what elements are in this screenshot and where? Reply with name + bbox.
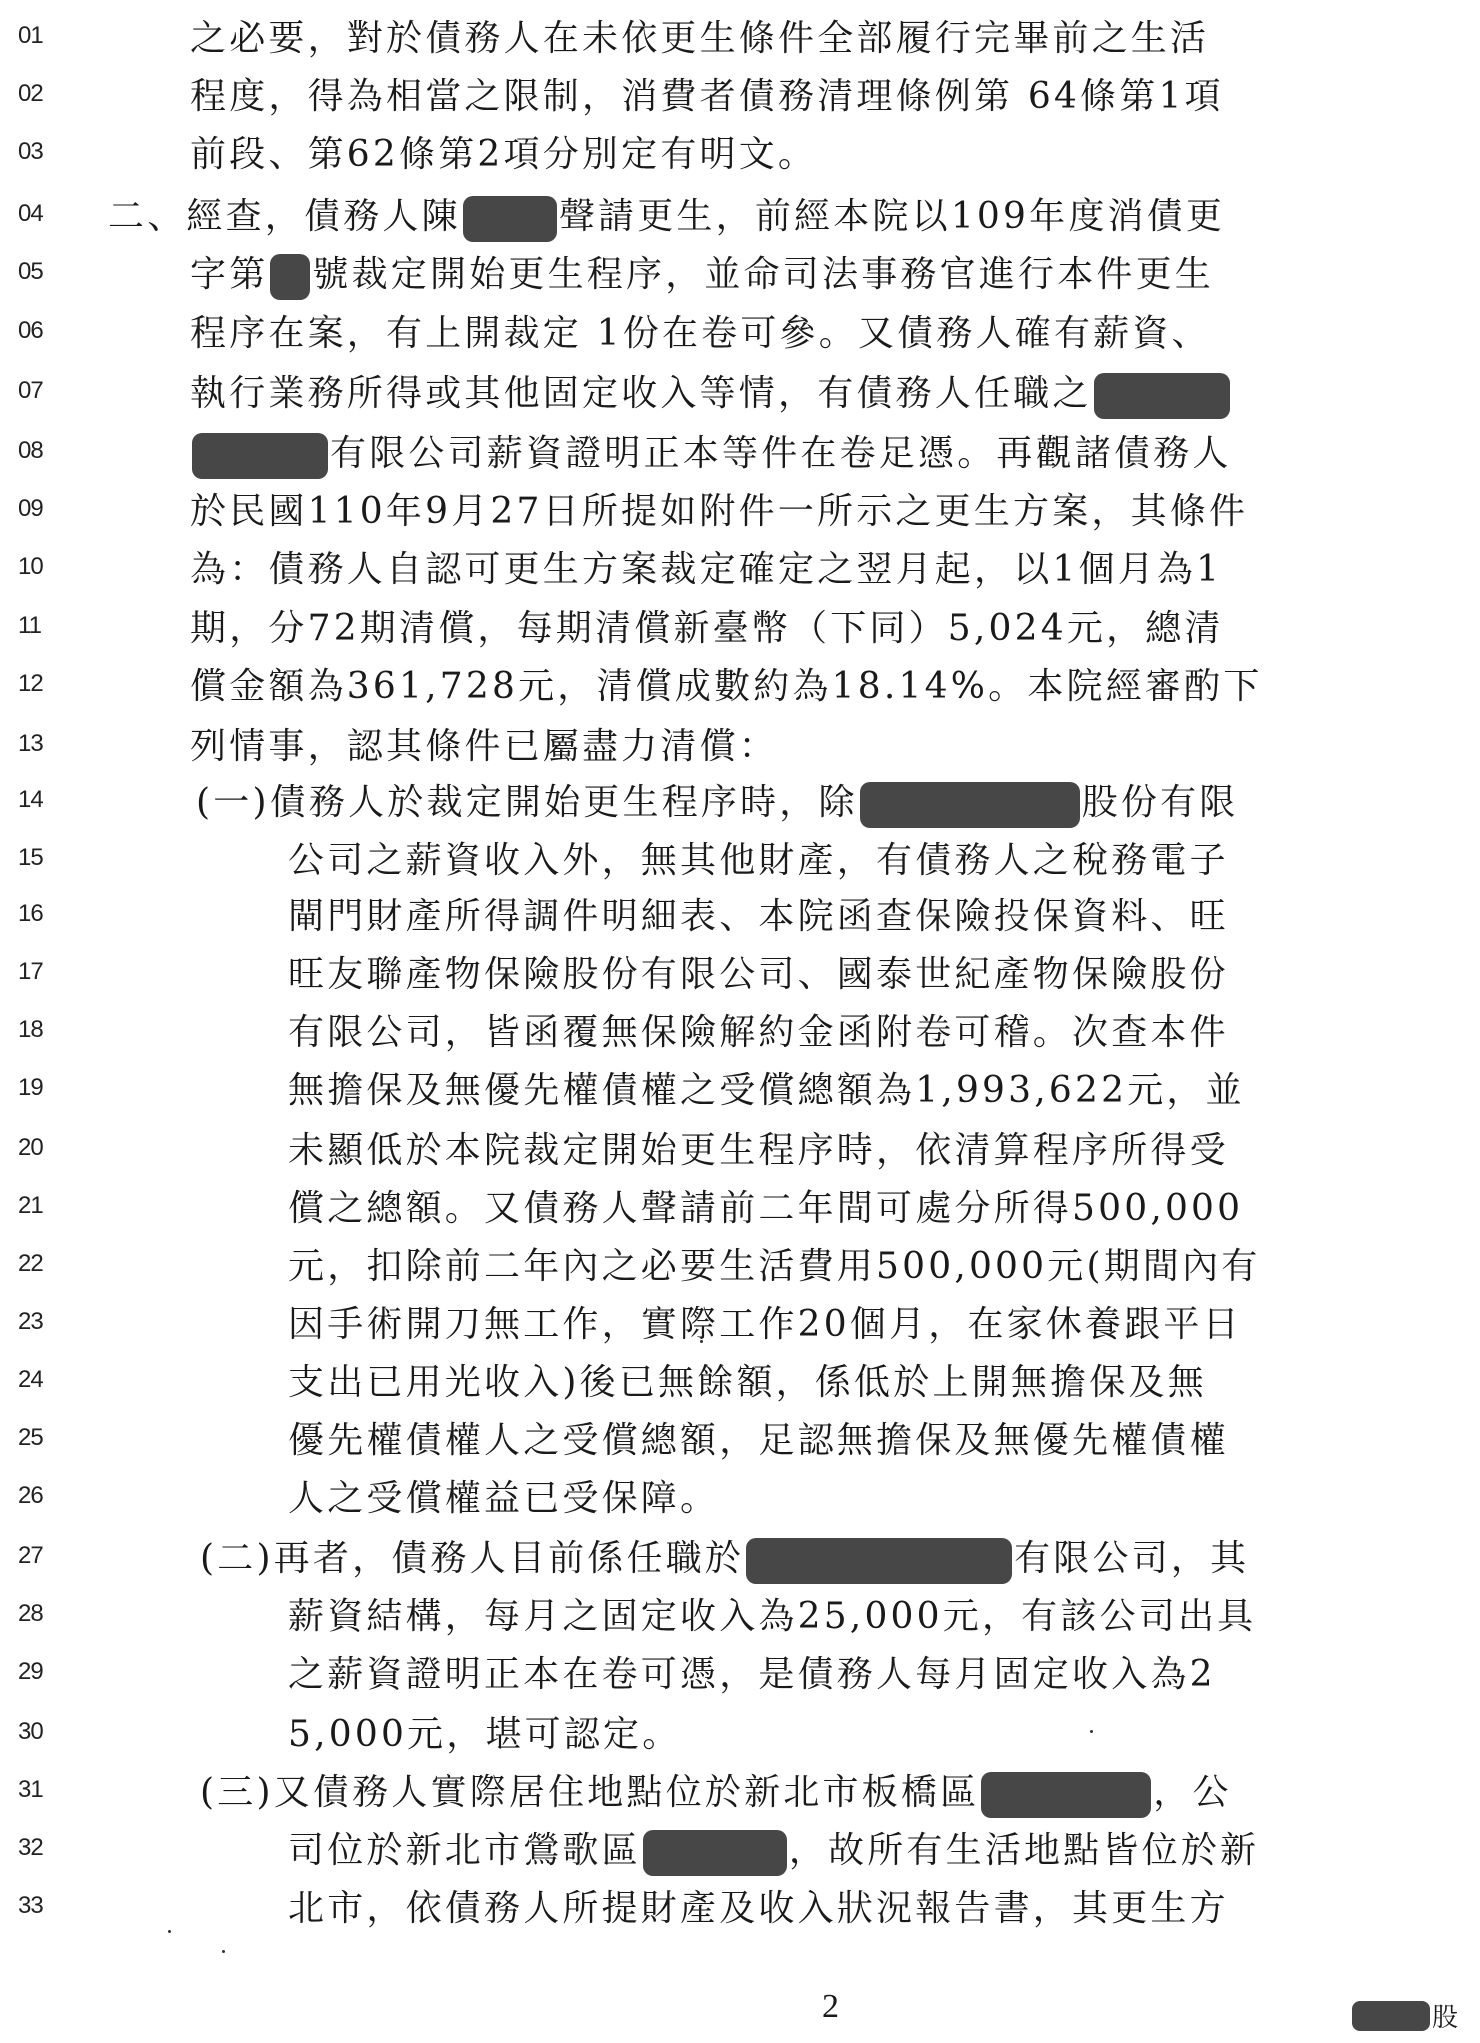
line-text: 人之受償權益已受保障。 <box>288 1470 719 1528</box>
line-text: 期，分72期清償，每期清償新臺幣（下同）5,024元，總清 <box>190 600 1224 658</box>
line-text: 為：債務人自認可更生方案裁定確定之翌月起，以1個月為1 <box>190 541 1222 599</box>
line-number: 26 <box>18 1482 43 1510</box>
footer-suffix: 股 <box>1432 1997 1458 2034</box>
line-text: 5,000元，堪可認定。 <box>288 1706 681 1764</box>
line-number: 11 <box>18 612 41 640</box>
text-line: 24支出已用光收入)後已無餘額，係低於上開無擔保及無 <box>0 1354 1480 1412</box>
text-segment: 有限公司薪資證明正本等件在卷足憑。再觀諸債務人 <box>330 433 1232 474</box>
text-line: 14(一)債務人於裁定開始更生程序時，除股份有限 <box>0 774 1480 832</box>
text-line: 33北市，依債務人所提財產及收入狀況報告書，其更生方 <box>0 1880 1480 1938</box>
line-number: 32 <box>18 1834 43 1862</box>
text-line: 16閘門財產所得調件明細表、本院函查保險投保資料、旺 <box>0 888 1480 946</box>
text-line: 03前段、第62條第2項分別定有明文。 <box>0 126 1480 184</box>
line-text: 之必要，對於債務人在未依更生條件全部履行完畢前之生活 <box>190 10 1209 68</box>
line-number: 14 <box>18 786 43 814</box>
line-text: 償之總額。又債務人聲請前二年間可處分所得500,000 <box>288 1180 1243 1238</box>
redaction-block <box>270 254 310 300</box>
line-text: 因手術開刀無工作，實際工作20個月，在家休養跟平日 <box>288 1296 1242 1354</box>
text-line: 06程序在案，有上開裁定 1份在卷可參。又債務人確有薪資、 <box>0 305 1480 363</box>
line-text: 支出已用光收入)後已無餘額，係低於上開無擔保及無 <box>288 1354 1207 1412</box>
text-line: 12償金額為361,728元，清償成數約為18.14%。本院經審酌下 <box>0 658 1480 716</box>
line-number: 22 <box>18 1250 43 1278</box>
redaction-block <box>860 782 1080 828</box>
line-number: 30 <box>18 1718 43 1746</box>
text-segment: (一)債務人於裁定開始更生程序時，除 <box>196 782 858 823</box>
redaction-block <box>463 196 557 242</box>
line-text: 薪資結構，每月之固定收入為25,000元，有該公司出具 <box>288 1588 1256 1646</box>
line-number: 25 <box>18 1424 43 1452</box>
line-text: 有限公司，皆函覆無保險解約金函附卷可稽。次查本件 <box>288 1004 1229 1062</box>
line-number: 31 <box>18 1776 43 1804</box>
line-number: 24 <box>18 1366 43 1394</box>
text-line: 305,000元，堪可認定。 <box>0 1706 1480 1764</box>
text-segment: 二、經查，債務人陳 <box>108 196 461 237</box>
line-text: 列情事，認其條件已屬盡力清償： <box>190 718 778 776</box>
line-number: 19 <box>18 1074 43 1102</box>
redaction-block <box>643 1830 787 1876</box>
redaction-block <box>981 1772 1151 1818</box>
line-text: 執行業務所得或其他固定收入等情，有債務人任職之 <box>190 365 1232 423</box>
text-segment: 旺友聯產物保險股份有限公司、國泰世紀產物保險股份 <box>288 954 1229 995</box>
text-segment: (二)再者，債務人目前係任職於 <box>200 1538 744 1579</box>
text-segment: 公司之薪資收入外，無其他財產，有債務人之稅務電子 <box>288 840 1229 881</box>
footer-division-tag: 股 <box>1350 1997 1458 2034</box>
line-text: 未顯低於本院裁定開始更生程序時，依清算程序所得受 <box>288 1122 1229 1180</box>
line-number: 03 <box>18 138 43 166</box>
line-text: (一)債務人於裁定開始更生程序時，除股份有限 <box>196 774 1239 832</box>
text-line: 02程度，得為相當之限制，消費者債務清理條例第 64條第1項 <box>0 68 1480 126</box>
line-number: 12 <box>18 670 43 698</box>
line-text: (二)再者，債務人目前係任職於有限公司，其 <box>200 1530 1249 1588</box>
line-text: 有限公司薪資證明正本等件在卷足憑。再觀諸債務人 <box>190 425 1232 483</box>
line-number: 23 <box>18 1308 43 1336</box>
text-segment: 字第 <box>190 254 268 295</box>
line-number: 21 <box>18 1192 43 1220</box>
text-segment: 列情事，認其條件已屬盡力清償： <box>190 726 778 767</box>
line-text: 程序在案，有上開裁定 1份在卷可參。又債務人確有薪資、 <box>190 305 1211 363</box>
text-line: 28薪資結構，每月之固定收入為25,000元，有該公司出具 <box>0 1588 1480 1646</box>
text-line: 13列情事，認其條件已屬盡力清償： <box>0 718 1480 776</box>
text-segment: 之必要，對於債務人在未依更生條件全部履行完畢前之生活 <box>190 18 1209 59</box>
text-segment: 程序在案，有上開裁定 1份在卷可參。又債務人確有薪資、 <box>190 313 1211 354</box>
text-segment: 股份有限 <box>1082 782 1239 823</box>
text-segment: 人之受償權益已受保障。 <box>288 1478 719 1519</box>
line-number: 05 <box>18 258 43 286</box>
line-number: 27 <box>18 1542 43 1570</box>
text-segment: 北市，依債務人所提財產及收入狀況報告書，其更生方 <box>288 1888 1229 1929</box>
text-segment: ，故所有生活地點皆位於新 <box>789 1830 1259 1871</box>
line-number: 10 <box>18 553 43 581</box>
line-text: 北市，依債務人所提財產及收入狀況報告書，其更生方 <box>288 1880 1229 1938</box>
line-number: 01 <box>18 22 43 50</box>
line-number: 04 <box>18 200 43 228</box>
line-number: 18 <box>18 1016 43 1044</box>
line-text: 之薪資證明正本在卷可憑，是債務人每月固定收入為2 <box>288 1646 1216 1704</box>
line-number: 28 <box>18 1600 43 1628</box>
text-line: 15公司之薪資收入外，無其他財產，有債務人之稅務電子 <box>0 832 1480 890</box>
line-text: 字第號裁定開始更生程序，並命司法事務官進行本件更生 <box>190 246 1214 304</box>
line-number: 33 <box>18 1892 43 1920</box>
text-segment: 期，分72期清償，每期清償新臺幣（下同）5,024元，總清 <box>190 608 1224 649</box>
line-text: 閘門財產所得調件明細表、本院函查保險投保資料、旺 <box>288 888 1229 946</box>
line-number: 02 <box>18 80 43 108</box>
text-line: 27(二)再者，債務人目前係任職於有限公司，其 <box>0 1530 1480 1588</box>
text-segment: 號裁定開始更生程序，並命司法事務官進行本件更生 <box>312 254 1214 295</box>
text-line: 05字第號裁定開始更生程序，並命司法事務官進行本件更生 <box>0 246 1480 304</box>
text-segment: 司位於新北市鶯歌區 <box>288 1830 641 1871</box>
text-segment: 薪資結構，每月之固定收入為25,000元，有該公司出具 <box>288 1596 1256 1637</box>
text-segment: 有限公司，皆函覆無保險解約金函附卷可稽。次查本件 <box>288 1012 1229 1053</box>
redaction-block <box>746 1538 1012 1584</box>
text-segment: 於民國110年9月27日所提如附件一所示之更生方案，其條件 <box>190 491 1248 532</box>
line-text: 二、經查，債務人陳聲請更生，前經本院以109年度消債更 <box>108 188 1225 246</box>
text-segment: 5,000元，堪可認定。 <box>288 1714 681 1755</box>
line-text: 元，扣除前二年內之必要生活費用500,000元(期間內有 <box>288 1238 1261 1296</box>
text-segment: 償金額為361,728元，清償成數約為18.14%。本院經審酌下 <box>190 666 1263 707</box>
text-line: 08有限公司薪資證明正本等件在卷足憑。再觀諸債務人 <box>0 425 1480 483</box>
text-segment: 因手術開刀無工作，實際工作20個月，在家休養跟平日 <box>288 1304 1242 1345</box>
text-line: 01之必要，對於債務人在未依更生條件全部履行完畢前之生活 <box>0 10 1480 68</box>
text-line: 07執行業務所得或其他固定收入等情，有債務人任職之 <box>0 365 1480 423</box>
text-line: 09於民國110年9月27日所提如附件一所示之更生方案，其條件 <box>0 483 1480 541</box>
text-segment: 程度，得為相當之限制，消費者債務清理條例第 64條第1項 <box>190 76 1224 117</box>
text-segment: 之薪資證明正本在卷可憑，是債務人每月固定收入為2 <box>288 1654 1216 1695</box>
line-text: 前段、第62條第2項分別定有明文。 <box>190 126 817 184</box>
line-number: 17 <box>18 958 43 986</box>
text-segment: 聲請更生，前經本院以109年度消債更 <box>559 196 1225 237</box>
line-text: 公司之薪資收入外，無其他財產，有債務人之稅務電子 <box>288 832 1229 890</box>
text-segment: 元，扣除前二年內之必要生活費用500,000元(期間內有 <box>288 1246 1261 1287</box>
line-text: 旺友聯產物保險股份有限公司、國泰世紀產物保險股份 <box>288 946 1229 1004</box>
text-line: 11期，分72期清償，每期清償新臺幣（下同）5,024元，總清 <box>0 600 1480 658</box>
line-text: 償金額為361,728元，清償成數約為18.14%。本院經審酌下 <box>190 658 1263 716</box>
line-number: 09 <box>18 495 43 523</box>
text-line: 29之薪資證明正本在卷可憑，是債務人每月固定收入為2 <box>0 1646 1480 1704</box>
line-number: 16 <box>18 900 43 928</box>
line-number: 06 <box>18 317 43 345</box>
text-line: 26人之受償權益已受保障。 <box>0 1470 1480 1528</box>
text-segment: 前段、第62條第2項分別定有明文。 <box>190 134 817 175</box>
text-segment: ，公 <box>1153 1772 1231 1813</box>
text-segment: 無擔保及無優先權債權之受償總額為1,993,622元，並 <box>288 1070 1245 1111</box>
text-segment: 償之總額。又債務人聲請前二年間可處分所得500,000 <box>288 1188 1243 1229</box>
page-number: 2 <box>822 1988 839 2026</box>
line-number: 07 <box>18 377 43 405</box>
text-line: 23因手術開刀無工作，實際工作20個月，在家休養跟平日 <box>0 1296 1480 1354</box>
text-line: 31(三)又債務人實際居住地點位於新北市板橋區，公 <box>0 1764 1480 1822</box>
text-line: 32司位於新北市鶯歌區，故所有生活地點皆位於新 <box>0 1822 1480 1880</box>
text-segment: 為：債務人自認可更生方案裁定確定之翌月起，以1個月為1 <box>190 549 1222 590</box>
text-segment: 支出已用光收入)後已無餘額，係低於上開無擔保及無 <box>288 1362 1207 1403</box>
line-number: 20 <box>18 1134 43 1162</box>
text-line: 25優先權債權人之受償總額，足認無擔保及無優先權債權 <box>0 1412 1480 1470</box>
line-text: 優先權債權人之受償總額，足認無擔保及無優先權債權 <box>288 1412 1229 1470</box>
text-line: 10為：債務人自認可更生方案裁定確定之翌月起，以1個月為1 <box>0 541 1480 599</box>
text-segment: (三)又債務人實際居住地點位於新北市板橋區 <box>200 1772 979 1813</box>
text-segment: 優先權債權人之受償總額，足認無擔保及無優先權債權 <box>288 1420 1229 1461</box>
text-line: 17旺友聯產物保險股份有限公司、國泰世紀產物保險股份 <box>0 946 1480 1004</box>
line-number: 13 <box>18 730 43 758</box>
line-text: 程度，得為相當之限制，消費者債務清理條例第 64條第1項 <box>190 68 1224 126</box>
line-text: (三)又債務人實際居住地點位於新北市板橋區，公 <box>200 1764 1232 1822</box>
line-text: 無擔保及無優先權債權之受償總額為1,993,622元，並 <box>288 1062 1245 1120</box>
redaction-block <box>192 433 328 479</box>
text-segment: 閘門財產所得調件明細表、本院函查保險投保資料、旺 <box>288 896 1229 937</box>
redaction-block <box>1094 373 1230 419</box>
text-line: 22元，扣除前二年內之必要生活費用500,000元(期間內有 <box>0 1238 1480 1296</box>
text-line: 04二、經查，債務人陳聲請更生，前經本院以109年度消債更 <box>0 188 1480 246</box>
line-text: 於民國110年9月27日所提如附件一所示之更生方案，其條件 <box>190 483 1248 541</box>
text-line: 18有限公司，皆函覆無保險解約金函附卷可稽。次查本件 <box>0 1004 1480 1062</box>
line-number: 29 <box>18 1658 43 1686</box>
line-number: 15 <box>18 844 43 872</box>
line-number: 08 <box>18 437 43 465</box>
text-line: 20未顯低於本院裁定開始更生程序時，依清算程序所得受 <box>0 1122 1480 1180</box>
redaction-block <box>1352 2001 1430 2031</box>
text-segment: 有限公司，其 <box>1014 1538 1249 1579</box>
line-text: 司位於新北市鶯歌區，故所有生活地點皆位於新 <box>288 1822 1259 1880</box>
text-line: 21償之總額。又債務人聲請前二年間可處分所得500,000 <box>0 1180 1480 1238</box>
text-line: 19無擔保及無優先權債權之受償總額為1,993,622元，並 <box>0 1062 1480 1120</box>
text-segment: 執行業務所得或其他固定收入等情，有債務人任職之 <box>190 373 1092 414</box>
text-segment: 未顯低於本院裁定開始更生程序時，依清算程序所得受 <box>288 1130 1229 1171</box>
